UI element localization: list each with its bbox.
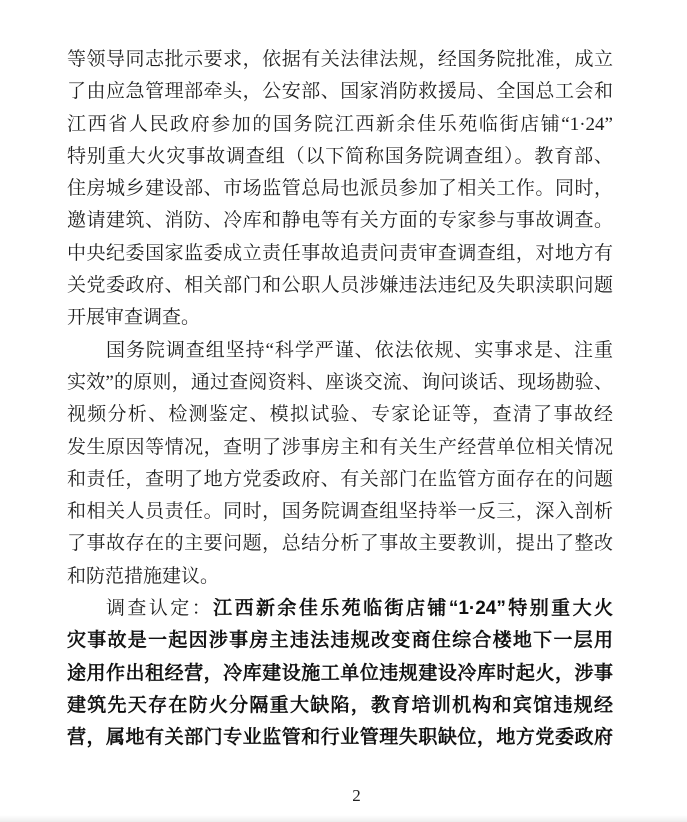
text-line: 中央纪委国家监委成立责任事故追责问责审查调查组，对地方有 xyxy=(67,238,613,270)
text-line: 实效”的原则，通过查阅资料、座谈交流、询问谈话、现场勘验、 xyxy=(67,367,613,399)
text-line: 开展审查调查。 xyxy=(67,302,613,334)
text-line: 和责任，查明了地方党委政府、有关部门在监管方面存在的问题 xyxy=(67,464,613,496)
regular-text-run: 调查认定： xyxy=(106,598,213,619)
text-line: 和防范措施建议。 xyxy=(67,561,613,593)
text-line: 江西省人民政府参加的国务院江西新余佳乐苑临街店铺“1·24” xyxy=(67,109,613,141)
text-line: 住房城乡建设部、市场监管总局也派员参加了相关工作。同时， xyxy=(67,173,613,205)
text-line: 了事故存在的主要问题，总结分析了事故主要教训，提出了整改 xyxy=(67,528,613,560)
document-page: 等领导同志批示要求，依据有关法律法规，经国务院批准，成立了由应急管理部牵头，公安… xyxy=(0,0,687,822)
page-number: 2 xyxy=(13,786,687,806)
text-line: 邀请建筑、消防、冷库和静电等有关方面的专家参与事故调查。 xyxy=(67,205,613,237)
bold-text-run: 江西新余佳乐苑临街店铺“1·24”特别重大火 xyxy=(213,598,613,619)
text-line: 途用作出租经营，冷库建设施工单位违规建设冷库时起火，涉事 xyxy=(67,658,613,690)
text-line: 营，属地有关部门专业监管和行业管理失职缺位，地方党委政府 xyxy=(67,722,613,754)
text-line: 建筑先天存在防火分隔重大缺陷，教育培训机构和宾馆违规经 xyxy=(67,690,613,722)
text-line: 灾事故是一起因涉事房主违法违规改变商住综合楼地下一层用 xyxy=(67,625,613,657)
text-line: 特别重大火灾事故调查组（以下简称国务院调查组）。教育部、 xyxy=(67,141,613,173)
paragraph-investigation-conclusion: 调查认定：江西新余佳乐苑临街店铺“1·24”特别重大火灾事故是一起因涉事房主违法… xyxy=(67,593,613,754)
text-line: 调查认定：江西新余佳乐苑临街店铺“1·24”特别重大火 xyxy=(67,593,613,625)
scan-edge-shadow xyxy=(0,815,687,822)
document-body: 等领导同志批示要求，依据有关法律法规，经国务院批准，成立了由应急管理部牵头，公安… xyxy=(67,44,613,755)
text-line: 发生原因等情况，查明了涉事房主和有关生产经营单位相关情况 xyxy=(67,432,613,464)
text-line: 视频分析、检测鉴定、模拟试验、专家论证等，查清了事故经过、 xyxy=(67,399,613,431)
text-line: 和相关人员责任。同时，国务院调查组坚持举一反三，深入剖析 xyxy=(67,496,613,528)
text-line: 国务院调查组坚持“科学严谨、依法依规、实事求是、注重 xyxy=(67,335,613,367)
text-line: 等领导同志批示要求，依据有关法律法规，经国务院批准，成立 xyxy=(67,44,613,76)
text-line: 了由应急管理部牵头，公安部、国家消防救援局、全国总工会和 xyxy=(67,76,613,108)
text-line: 关党委政府、相关部门和公职人员涉嫌违法违纪及失职渎职问题 xyxy=(67,270,613,302)
paragraph-investigation-team: 等领导同志批示要求，依据有关法律法规，经国务院批准，成立了由应急管理部牵头，公安… xyxy=(67,44,613,335)
paragraph-investigation-principles: 国务院调查组坚持“科学严谨、依法依规、实事求是、注重实效”的原则，通过查阅资料、… xyxy=(67,335,613,593)
